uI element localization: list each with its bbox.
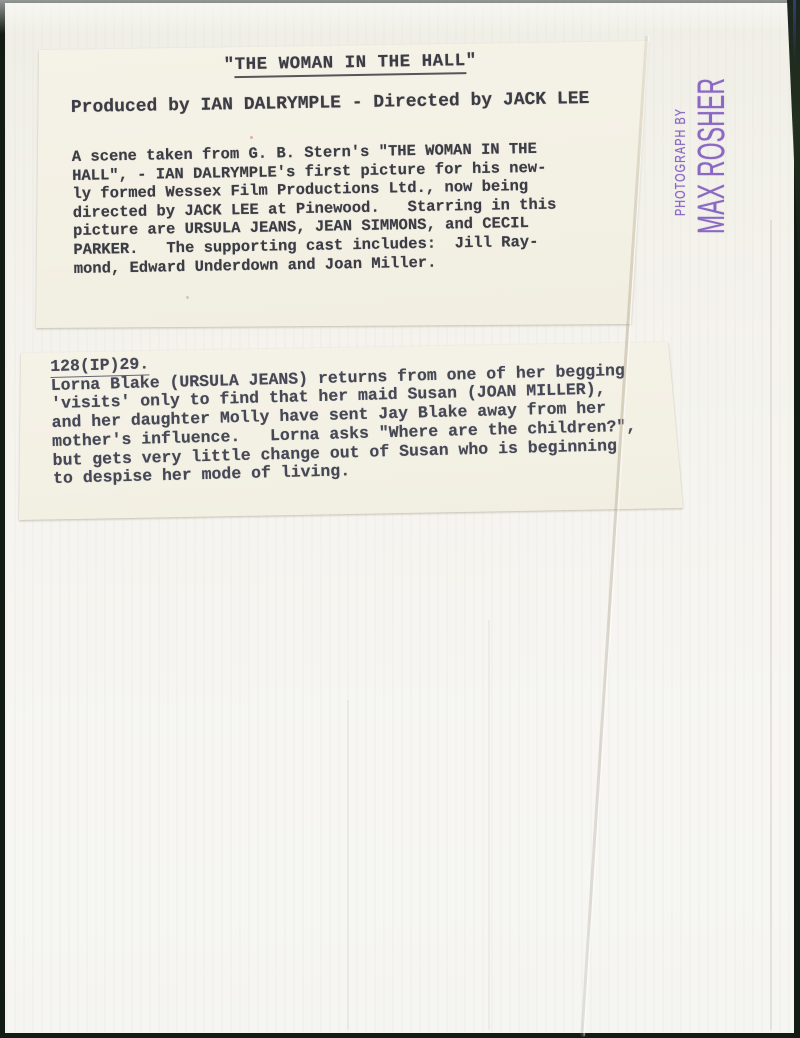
photographer-stamp: PHOTOGRAPH BY MAX ROSHER [672, 84, 742, 234]
paper-streak [347, 700, 349, 1030]
producer-director-byline: Produced by IAN DALRYMPLE - Directed by … [71, 88, 631, 118]
film-title-text: THE WOMAN IN THE HALL [235, 51, 466, 78]
caption-slip-bottom: 128(IP)29. Lorna Blake (URSULA JEANS) re… [18, 342, 686, 524]
stamp-max-rosher: MAX ROSHER [690, 144, 734, 234]
stamp-rotated-text: PHOTOGRAPH BY MAX ROSHER [672, 84, 742, 234]
print-edge-blue-sliver [793, 0, 796, 64]
film-title: "THE WOMAN IN THE HALL" [70, 48, 630, 78]
synopsis-paragraph: A scene taken from G. B. Stern's "THE WO… [72, 138, 634, 278]
scene-description: Lorna Blake (URSULA JEANS) returns from … [50, 360, 673, 488]
paper-streak [770, 220, 772, 1030]
paper-sheen [0, 0, 800, 34]
close-quote: " [466, 51, 477, 71]
paper-spot [186, 296, 189, 299]
photo-frame: "THE WOMAN IN THE HALL" Produced by IAN … [0, 0, 800, 1038]
slip-content: 128(IP)29. Lorna Blake (URSULA JEANS) re… [50, 342, 673, 489]
stamp-photograph-by: PHOTOGRAPH BY [672, 121, 690, 216]
slip-content: "THE WOMAN IN THE HALL" Produced by IAN … [70, 44, 634, 278]
caption-slip-top: "THE WOMAN IN THE HALL" Produced by IAN … [36, 40, 652, 330]
paper-streak [488, 620, 490, 1030]
paper-spot [250, 136, 253, 139]
